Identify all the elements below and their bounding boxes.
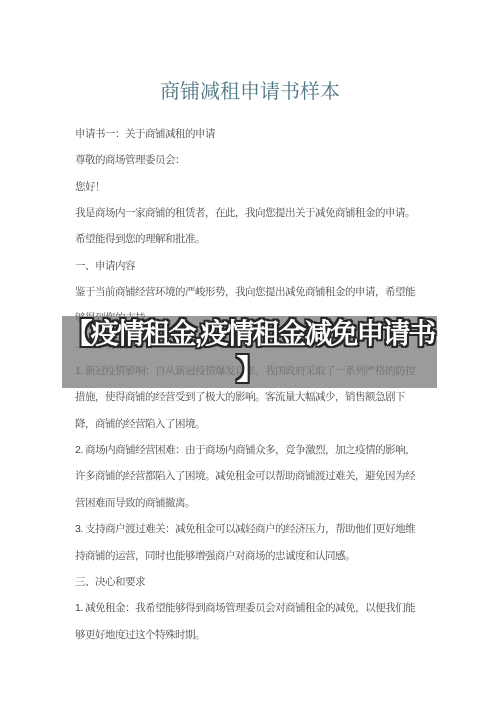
body-line: 您好！ bbox=[75, 174, 415, 200]
body-line: 措施，使得商铺的经营受到了极大的影响。客流量大幅减少，销售额急剧下 bbox=[75, 384, 415, 410]
document-page: 商铺减租申请书样本 申请书一：关于商铺减租的申请尊敬的商场管理委员会：您好！我是… bbox=[0, 0, 500, 706]
body-line: 申请书一：关于商铺减租的申请 bbox=[75, 121, 415, 147]
body-line: 2. 商场内商铺经营困难：由于商场内商铺众多，竞争激烈，加之疫情的影响， bbox=[75, 437, 415, 463]
body-line: 1. 减免租金：我希望能够得到商场管理委员会对商铺租金的减免，以便我们能 bbox=[75, 595, 415, 621]
body-line: 尊敬的商场管理委员会： bbox=[75, 147, 415, 173]
body-line: 3. 支持商户渡过难关：减免租金可以减轻商户的经济压力，帮助他们更好地维 bbox=[75, 516, 415, 542]
body-line: 一、申请内容 bbox=[75, 253, 415, 279]
body-line: 降，商铺的经营陷入了困境。 bbox=[75, 411, 415, 437]
body-line: 许多商铺的经营都陷入了困境。减免租金可以帮助商铺渡过难关，避免因为经 bbox=[75, 463, 415, 489]
watermark-line-1: 【疫情租金,疫情租金减免申请书 bbox=[62, 316, 437, 352]
document-title: 商铺减租申请书样本 bbox=[0, 78, 500, 106]
body-line: 够更好地度过这个特殊时期。 bbox=[75, 622, 415, 648]
watermark-line-2: 】 bbox=[62, 352, 437, 388]
body-line: 希望能得到您的理解和批准。 bbox=[75, 226, 415, 252]
body-line: 持商铺的运营，同时也能够增强商户对商场的忠诚度和认同感。 bbox=[75, 543, 415, 569]
watermark-overlay: 【疫情租金,疫情租金减免申请书 】 bbox=[62, 316, 437, 388]
body-line: 营困难而导致的商铺撤离。 bbox=[75, 490, 415, 516]
body-line: 我是商场内一家商铺的租赁者，在此，我向您提出关于减免商铺租金的申请。 bbox=[75, 200, 415, 226]
body-line: 三、决心和要求 bbox=[75, 569, 415, 595]
body-line: 鉴于当前商铺经营环境的严峻形势，我向您提出减免商铺租金的申请，希望能 bbox=[75, 279, 415, 305]
